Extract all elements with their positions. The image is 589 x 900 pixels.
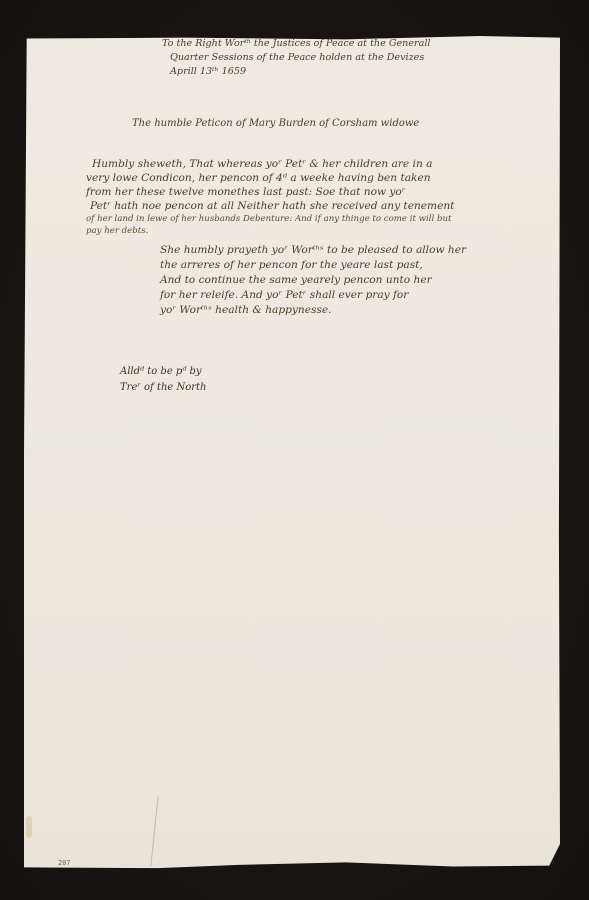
paper-stain xyxy=(26,816,32,838)
prayer-line-3: And to continue the same yearely pencon … xyxy=(160,274,432,286)
paper-crease xyxy=(150,796,158,866)
address-line-2: Quarter Sessions of the Peace holden at … xyxy=(170,52,424,63)
document-viewer: To the Right Worᵗʰ the Justices of Peace… xyxy=(0,0,589,900)
body-line-4: Petʳ hath noe pencon at all Neither hath… xyxy=(90,200,454,212)
manuscript-page: To the Right Worᵗʰ the Justices of Peace… xyxy=(24,36,560,869)
address-line-1: To the Right Worᵗʰ the Justices of Peace… xyxy=(162,38,430,49)
prayer-line-2: the arreres of her pencon for the yeare … xyxy=(160,259,423,271)
body-line-5: of her land in lewe of her husbands Debe… xyxy=(86,214,451,224)
prayer-line-5: yoʳ Worᵗʰˢ health & happynesse. xyxy=(160,304,331,316)
body-line-2: very lowe Condicon, her pencon of 4ᵈ a w… xyxy=(86,172,431,184)
prayer-line-4: for her releife. And yoʳ Petʳ shall ever… xyxy=(160,289,408,301)
address-line-3: Aprill 13ᵗʰ 1659 xyxy=(170,66,246,77)
note-line-1: Alldᵈ to be pᵈ by xyxy=(120,366,202,377)
prayer-line-1: She humbly prayeth yoʳ Worᵗʰˢ to be plea… xyxy=(160,244,466,256)
body-line-3: from her these twelve monethes last past… xyxy=(86,186,405,198)
folio-number: 207 xyxy=(58,859,71,867)
body-line-1: Humbly sheweth, That whereas yoʳ Petʳ & … xyxy=(92,158,432,170)
petition-title: The humble Peticon of Mary Burden of Cor… xyxy=(132,118,419,129)
body-line-6: pay her debts. xyxy=(86,226,148,236)
note-line-2: Treʳ of the North xyxy=(120,382,206,393)
